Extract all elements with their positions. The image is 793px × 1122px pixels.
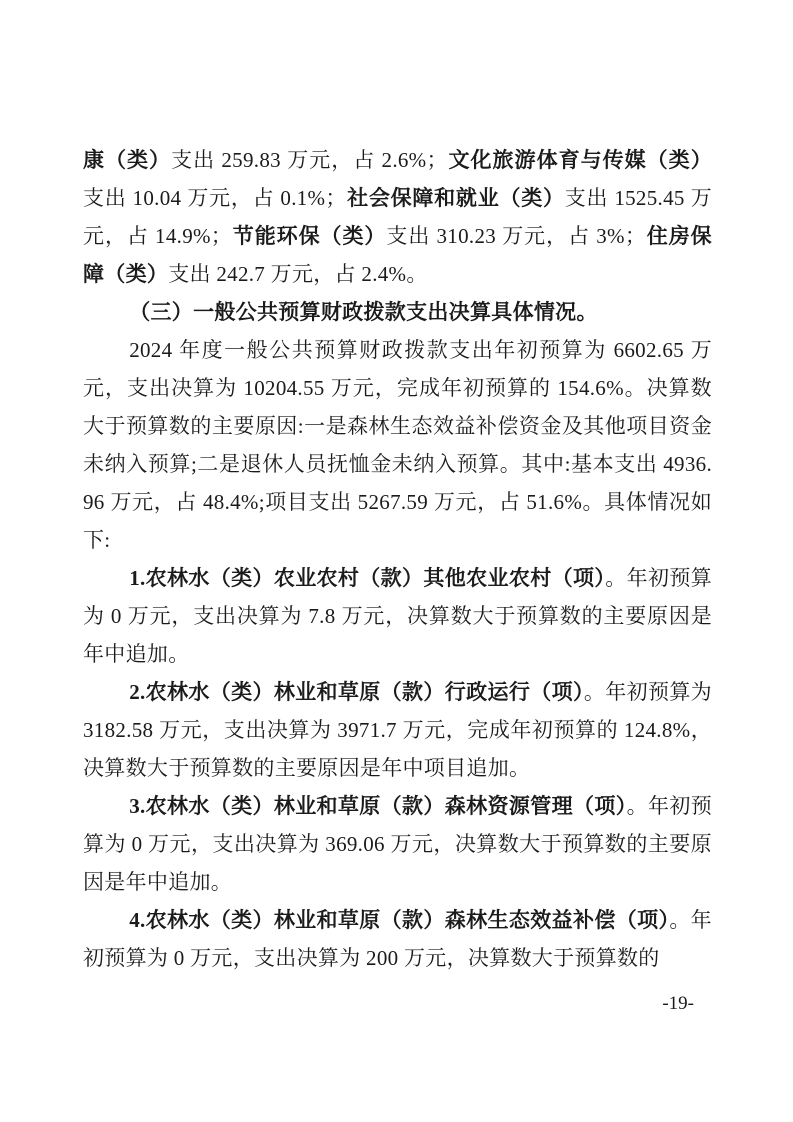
list-item-2: 2.农林水（类）林业和草原（款）行政运行（项）。年初预算为 3182.58 万元… — [83, 673, 712, 787]
category-energy-conservation: 节能环保（类） — [232, 224, 386, 248]
paragraph-budget-overview-text: 2024 年度一般公共预算财政拨款支出年初预算为 6602.65 万元，支出决算… — [83, 338, 712, 552]
section-heading-3-text: （三）一般公共预算财政拨款支出决算具体情况。 — [129, 300, 598, 324]
list-item-2-title: 2.农林水（类）林业和草原（款）行政运行（项） — [129, 680, 584, 704]
category-culture-tourism-detail: 支出 10.04 万元，占 0.1%； — [83, 186, 347, 210]
page-number: -19- — [662, 992, 694, 1016]
paragraph-expenditure-breakdown-continued: 康（类）支出 259.83 万元，占 2.6%；文化旅游体育与传媒（类）支出 1… — [83, 141, 712, 293]
list-item-3: 3.农林水（类）林业和草原（款）森林资源管理（项）。年初预算为 0 万元，支出决… — [83, 787, 712, 901]
category-social-security: 社会保障和就业（类） — [347, 186, 565, 210]
document-page: 康（类）支出 259.83 万元，占 2.6%；文化旅游体育与传媒（类）支出 1… — [0, 0, 793, 1122]
category-housing-detail: 支出 242.7 万元，占 2.4%。 — [168, 262, 427, 286]
list-item-1: 1.农林水（类）农业农村（款）其他农业农村（项）。年初预算为 0 万元，支出决算… — [83, 559, 712, 673]
text-block: 康（类）支出 259.83 万元，占 2.6%；文化旅游体育与传媒（类）支出 1… — [83, 141, 712, 977]
category-health-detail: 支出 259.83 万元，占 2.6%； — [171, 148, 448, 172]
category-culture-tourism: 文化旅游体育与传媒（类） — [448, 148, 712, 172]
list-item-1-title: 1.农林水（类）农业农村（款）其他农业农村（项） — [129, 566, 605, 590]
list-item-4: 4.农林水（类）林业和草原（款）森林生态效益补偿（项）。年初预算为 0 万元，支… — [83, 901, 712, 977]
list-item-4-title: 4.农林水（类）林业和草原（款）森林生态效益补偿（项） — [129, 908, 669, 932]
category-health: 康（类） — [83, 148, 171, 172]
list-item-3-title: 3.农林水（类）林业和草原（款）森林资源管理（项） — [129, 794, 626, 818]
category-energy-conservation-detail: 支出 310.23 万元，占 3%； — [386, 224, 646, 248]
section-heading-3: （三）一般公共预算财政拨款支出决算具体情况。 — [83, 293, 712, 331]
paragraph-budget-overview: 2024 年度一般公共预算财政拨款支出年初预算为 6602.65 万元，支出决算… — [83, 331, 712, 559]
